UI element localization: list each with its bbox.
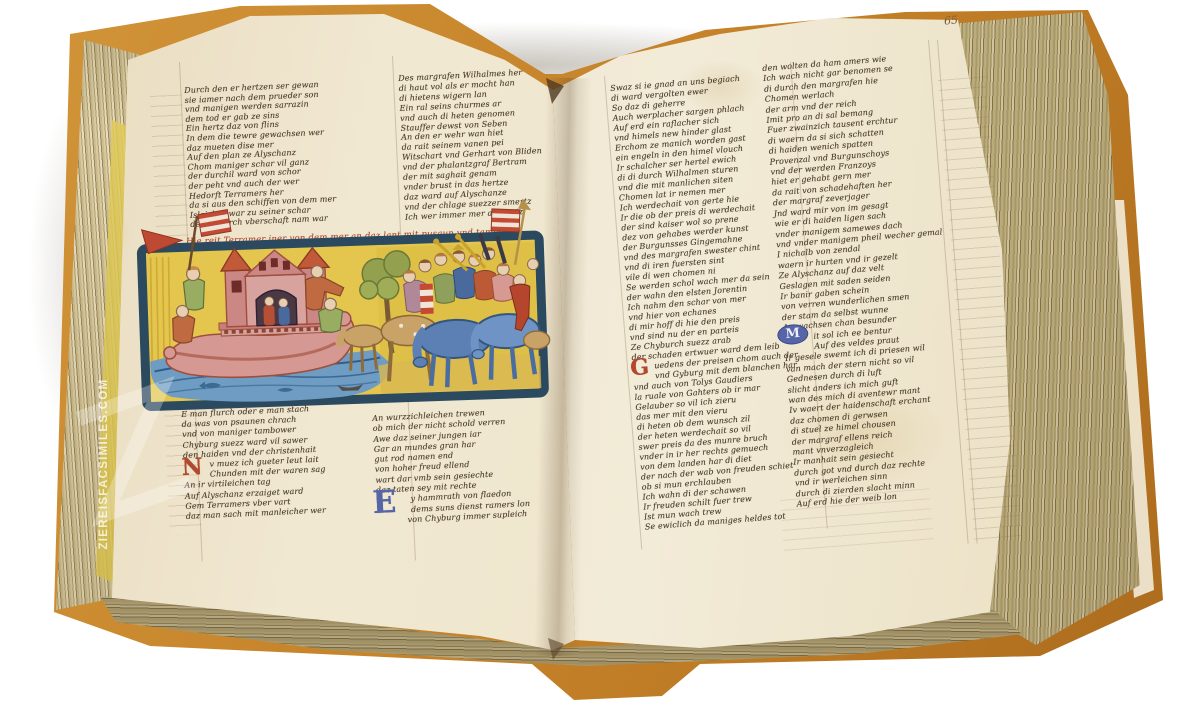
decorated-initial-e: E	[372, 487, 397, 519]
decorated-initial-g: G	[630, 356, 651, 379]
right-page-column2: M den wolten da ham amers wieIch wach ni…	[762, 51, 963, 510]
left-page-column2-bottom: E An wurzzichleichen trewenob mich der n…	[372, 406, 531, 527]
watermark-text: ZIEREISFACSIMILES.COM	[98, 364, 110, 564]
facsimile-book-photo: Durch den er hertzen ser gewansie iamer …	[0, 0, 1200, 726]
watermark-z-logo-icon	[49, 363, 211, 551]
folio-number: 65	[943, 13, 958, 27]
left-page-column1-top: Durch den er hertzen ser gewansie iamer …	[184, 79, 337, 229]
miniature-illustration	[136, 228, 550, 414]
